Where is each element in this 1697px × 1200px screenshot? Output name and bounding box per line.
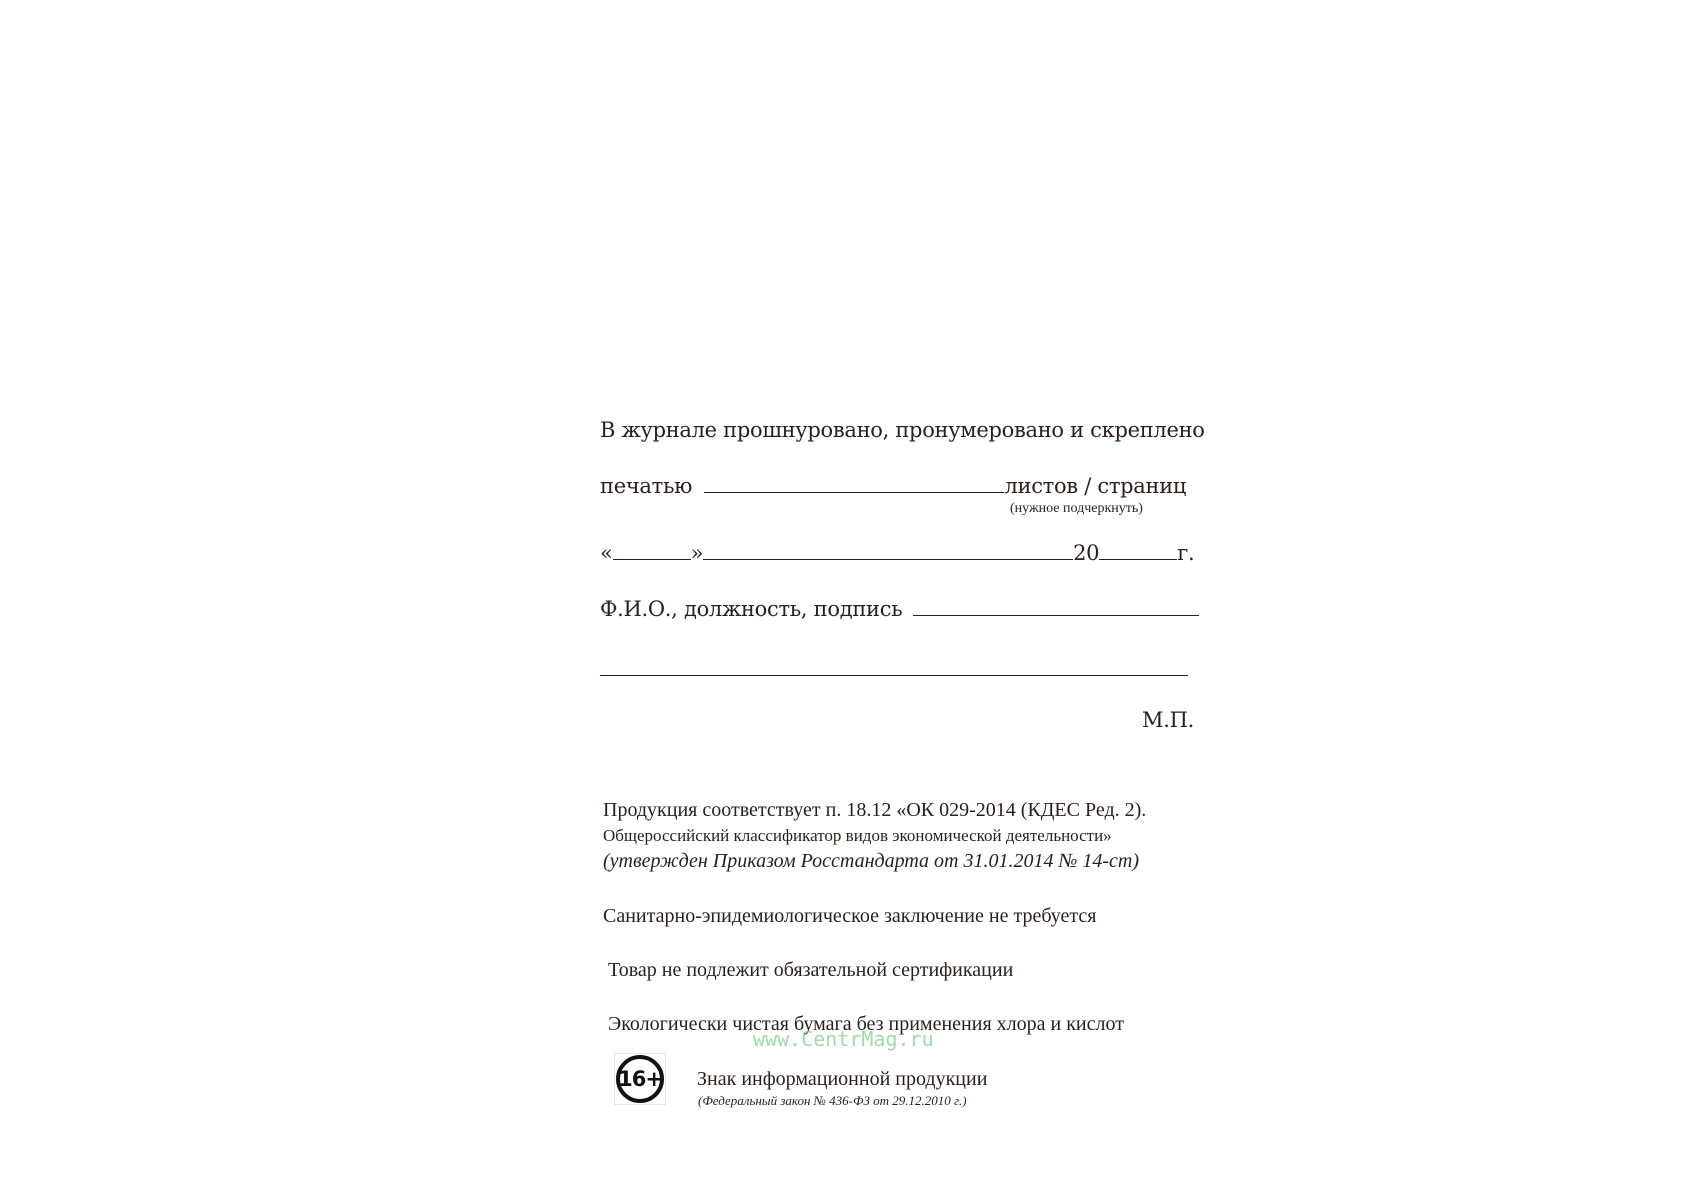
age-label: Знак информационной продукции bbox=[697, 1068, 987, 1091]
form-line-sealed: печатью листов / страниц bbox=[600, 474, 1186, 498]
certification-note: Товар не подлежит обязательной сертифика… bbox=[608, 959, 1013, 982]
age-rating-icon: 16+ bbox=[614, 1053, 666, 1105]
compliance-line-2: Общероссийский классификатор видов эконо… bbox=[603, 826, 1112, 846]
compliance-line-3: (утвержден Приказом Росстандарта от 31.0… bbox=[603, 850, 1139, 873]
age-rating-badge: 16+ bbox=[616, 1055, 664, 1103]
age-law: (Федеральный закон № 436-ФЗ от 29.12.201… bbox=[698, 1093, 967, 1109]
sealed-suffix: листов / страниц bbox=[1004, 474, 1186, 498]
year-suffix: г. bbox=[1177, 541, 1194, 565]
watermark: www.CentrMag.ru bbox=[753, 1027, 934, 1051]
sanitary-note: Санитарно-эпидемиологическое заключение … bbox=[603, 905, 1096, 928]
date-open-quote: « bbox=[600, 541, 613, 565]
compliance-line-1: Продукция соответствует п. 18.12 «ОК 029… bbox=[603, 799, 1146, 822]
date-close-quote: » bbox=[691, 541, 704, 565]
signature-label: Ф.И.О., должность, подпись bbox=[600, 597, 902, 621]
day-field[interactable] bbox=[613, 557, 691, 560]
form-line-bound: В журнале прошнуровано, пронумеровано и … bbox=[600, 418, 1205, 442]
month-field[interactable] bbox=[703, 557, 1073, 560]
stamp-label: М.П. bbox=[1142, 708, 1194, 732]
signature-field[interactable] bbox=[913, 613, 1199, 616]
year-field[interactable] bbox=[1099, 557, 1177, 560]
extra-signature-field[interactable] bbox=[600, 675, 1188, 676]
sealed-prefix: печатью bbox=[600, 474, 692, 498]
form-signature-line: Ф.И.О., должность, подпись bbox=[600, 597, 1199, 621]
year-prefix: 20 bbox=[1073, 541, 1099, 565]
form-date-line: «»20г. bbox=[600, 541, 1194, 565]
pages-count-field[interactable] bbox=[704, 490, 1004, 493]
underline-note: (нужное подчеркнуть) bbox=[1010, 501, 1143, 517]
